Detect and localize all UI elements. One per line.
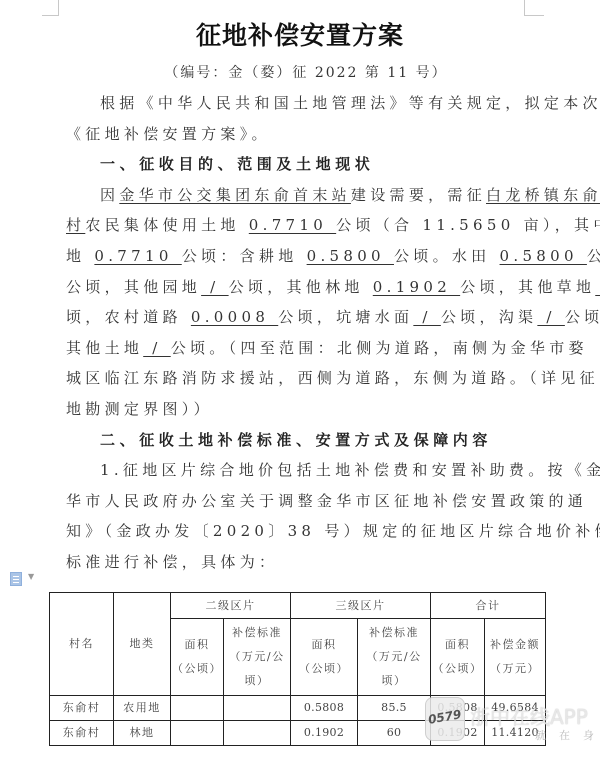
header-total: 合计 xyxy=(431,593,546,619)
total-area-value: 0.7710 xyxy=(249,216,336,234)
header-village: 村名 xyxy=(50,593,114,696)
header-l2-standard: 补偿标准（万元/公顷） xyxy=(224,619,291,696)
paddy-area-value: 0.5800 xyxy=(500,247,587,265)
section-1-line-7: 城区临江东路消防求援站，西侧为道路，东侧为道路。（详见征 xyxy=(66,363,536,394)
header-level-3-zone: 三级区片 xyxy=(291,593,431,619)
section-1-line-3: 地 0.7710 公顷：含耕地 0.5800 公顷。水田 0.5800 公顷，旱… xyxy=(66,241,536,272)
section-2-line-3: 知》（金政办发〔2020〕38 号）规定的征地区片综合地价补偿 xyxy=(66,516,536,547)
document-body: 根据《中华人民共和国土地管理法》等有关规定，拟定本次 《征地补偿安置方案》。 一… xyxy=(66,88,536,578)
location-name: 白龙桥镇东俞 xyxy=(486,186,600,204)
document-number: （编号：金（婺）征 2022 第 11 号） xyxy=(0,62,600,82)
header-l2-area: 面积（公顷） xyxy=(171,619,224,696)
chevron-down-icon[interactable]: ▼ xyxy=(28,572,34,581)
section-1-line-6: 其他土地 / 公顷。（四至范围：北侧为道路，南侧为金华市婺 xyxy=(66,333,536,364)
header-level-2-zone: 二级区片 xyxy=(171,593,291,619)
header-l3-standard: 补偿标准（万元/公顷） xyxy=(358,619,431,696)
arable-area-value: 0.5800 xyxy=(307,247,394,265)
paste-options-icon[interactable] xyxy=(10,572,22,586)
section-1-line-8: 地勘测定界图）） xyxy=(66,394,536,425)
page-margin-corner-top-left xyxy=(42,0,59,16)
section-2-line-2: 华市人民政府办公室关于调整金华市区征地补偿安置政策的通 xyxy=(66,486,536,517)
road-area-value: 0.0008 xyxy=(191,308,278,326)
header-total-amount: 补偿金额（万元） xyxy=(485,619,546,696)
section-1-line-4: 公顷，其他园地 / 公顷，其他林地 0.1902 公顷，其他草地 / 公 xyxy=(66,272,536,303)
page-margin-corner-top-right xyxy=(524,0,544,16)
section-1-heading: 一、征收目的、范围及土地现状 xyxy=(66,149,536,180)
section-1-line-5: 顷，农村道路 0.0008 公顷，坑塘水面 / 公顷，沟渠 / 公顷， xyxy=(66,302,536,333)
intro-line-1: 根据《中华人民共和国土地管理法》等有关规定，拟定本次 xyxy=(66,88,536,119)
header-l3-area: 面积（公顷） xyxy=(291,619,358,696)
section-2-heading: 二、征收土地补偿标准、安置方式及保障内容 xyxy=(66,425,536,456)
forest-area-value: 0.1902 xyxy=(373,278,460,296)
intro-line-2: 《征地补偿安置方案》。 xyxy=(66,119,536,150)
header-land-type: 地类 xyxy=(114,593,171,696)
section-2-line-4: 标准进行补偿，具体为： xyxy=(66,547,536,578)
table-row: 东俞村 农用地 0.5808 85.5 0.5808 49.6584 xyxy=(50,696,546,721)
compensation-table: 村名 地类 二级区片 三级区片 合计 面积（公顷） 补偿标准（万元/公顷） 面积… xyxy=(49,592,546,746)
section-1-line-2: 村农民集体使用土地 0.7710 公顷（合 11.5650 亩），其中农用 xyxy=(66,210,536,241)
farmland-area-value: 0.7710 xyxy=(94,247,181,265)
section-1-line-1: 因金华市公交集团东俞首末站建设需要，需征白龙桥镇东俞 xyxy=(66,180,536,211)
header-total-area: 面积（公顷） xyxy=(431,619,485,696)
project-name: 金华市公交集团东俞首末站 xyxy=(119,186,351,204)
section-2-line-1: 1.征地区片综合地价包括土地补偿费和安置补助费。按《金 xyxy=(66,455,536,486)
table-row: 东俞村 林地 0.1902 60 0.1902 11.4120 xyxy=(50,721,546,746)
document-title: 征地补偿安置方案 xyxy=(0,16,600,52)
